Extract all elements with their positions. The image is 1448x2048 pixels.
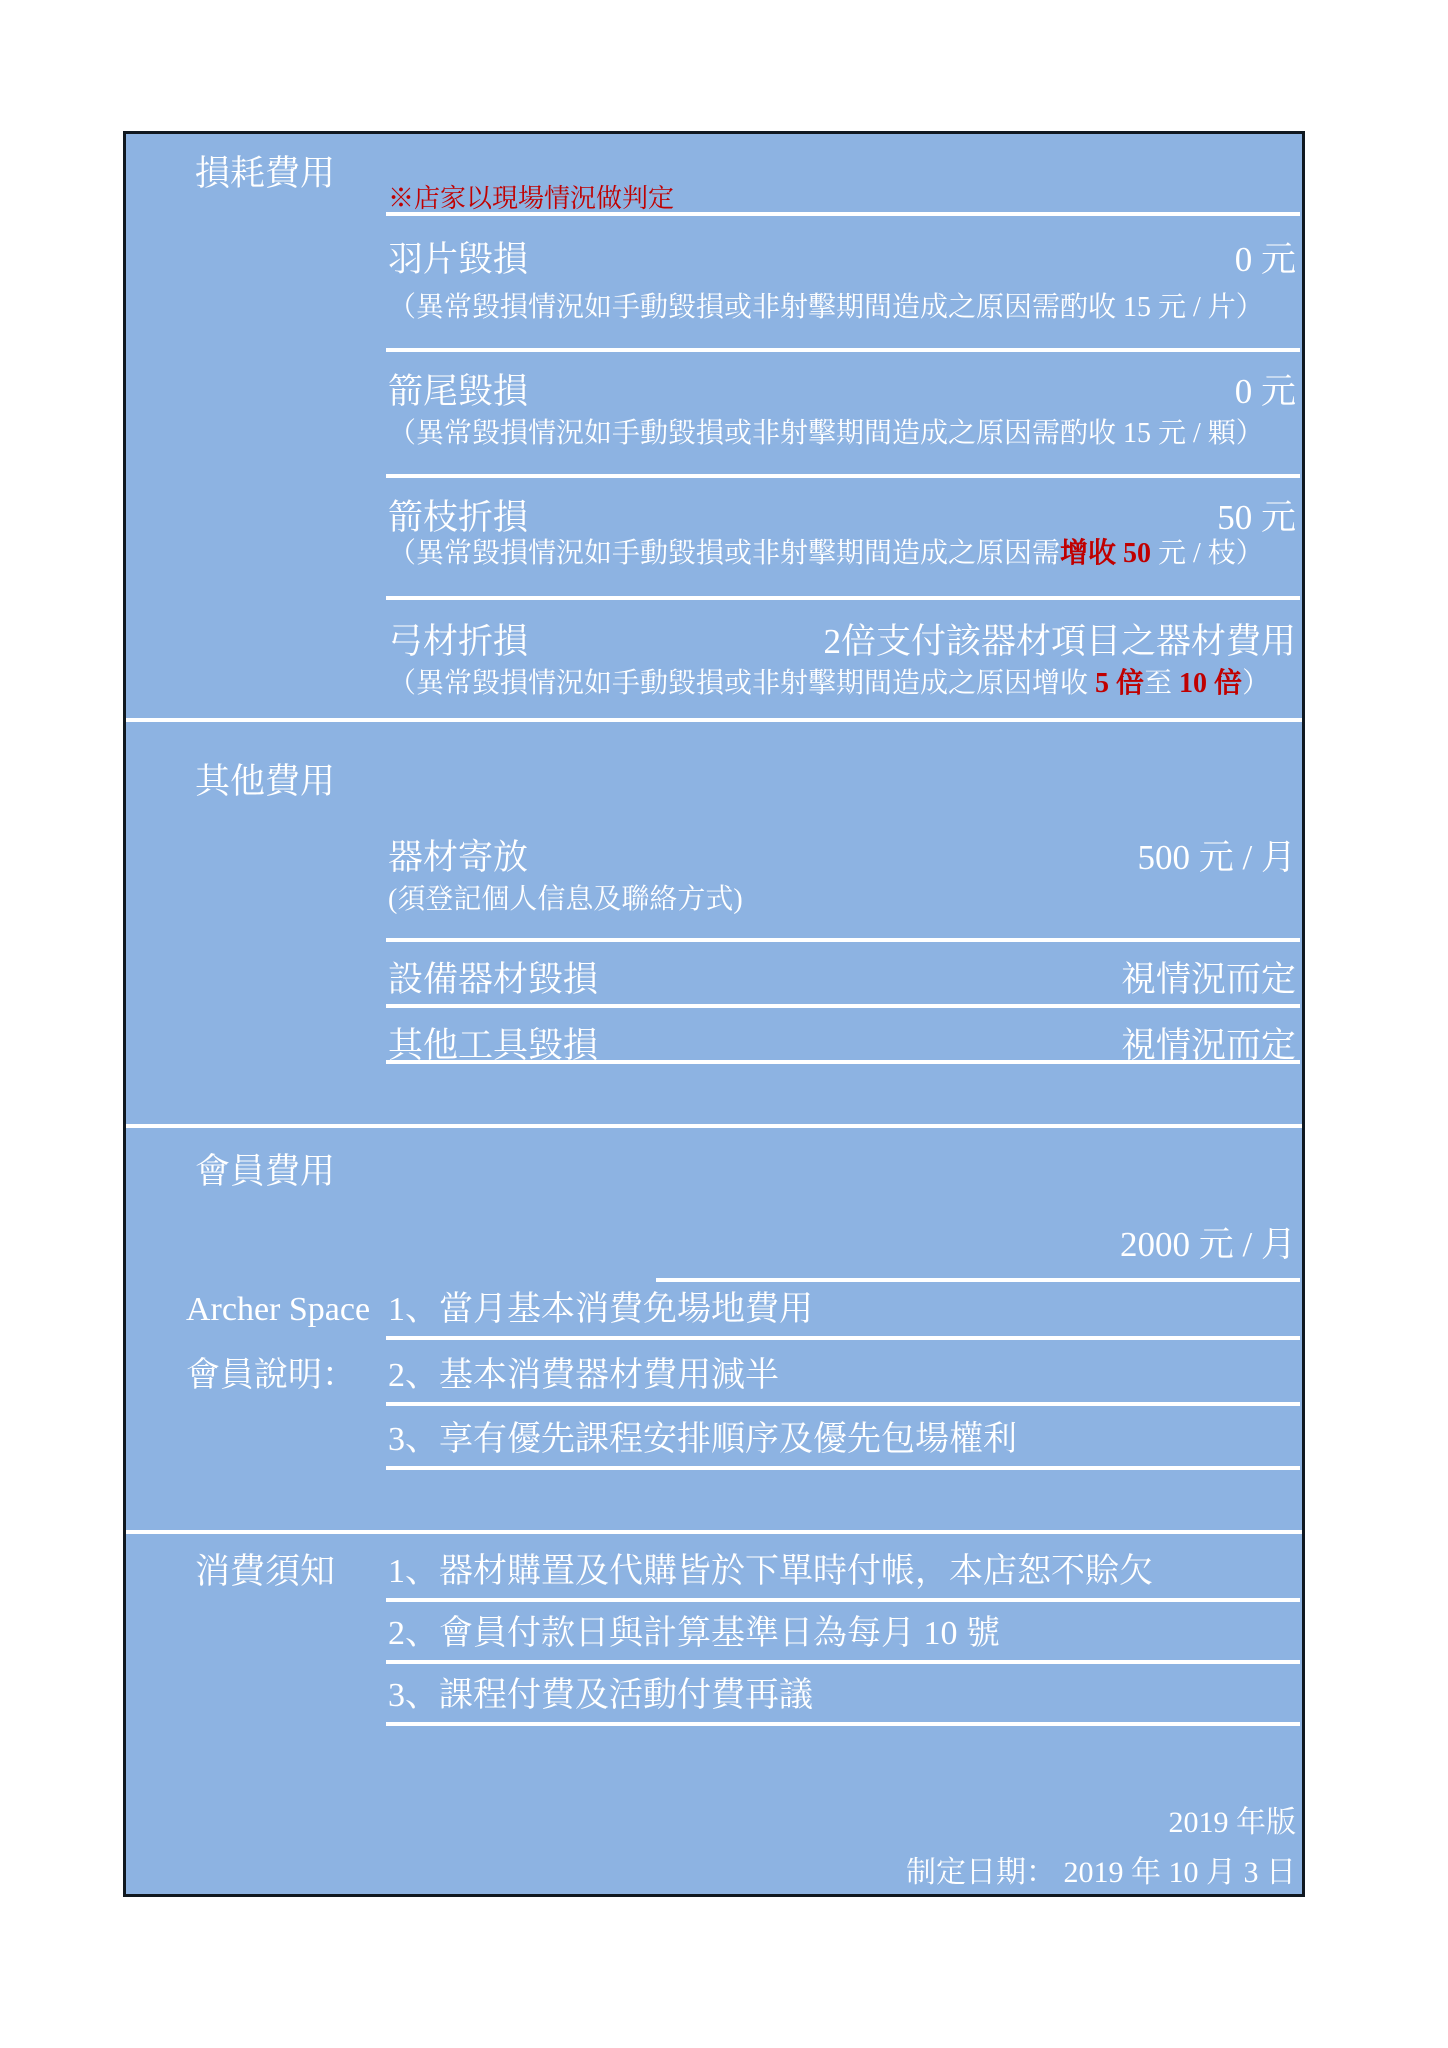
footer-version: 2019 年版 xyxy=(1169,1806,1297,1841)
fee-row-name: 箭尾毀損 xyxy=(388,372,528,412)
row-separator xyxy=(386,1336,1300,1340)
fee-row: 箭尾毀損 0 元 xyxy=(388,372,1296,412)
section-label-membership-fees: 會員費用 xyxy=(195,1152,335,1192)
row-separator xyxy=(386,1060,1300,1064)
row-separator xyxy=(386,938,1300,942)
row-separator xyxy=(386,1722,1300,1726)
row-separator xyxy=(386,1660,1300,1664)
note-underline xyxy=(386,212,1300,216)
row-separator xyxy=(386,474,1300,478)
notice-item: 3、課程付費及活動付費再議 xyxy=(388,1676,813,1715)
notice-item: 1、器材購置及代購皆於下單時付帳，本店恕不賒欠 xyxy=(388,1552,1153,1591)
footer-established-date: 制定日期： 2019 年 10 月 3 日 xyxy=(906,1856,1296,1891)
row-separator xyxy=(386,1466,1300,1470)
fee-row: 羽片毀損 0 元 xyxy=(388,240,1296,280)
fee-row: 箭枝折損 50 元 xyxy=(388,498,1296,538)
highlighted-multiplier: 5 倍 xyxy=(1095,668,1144,699)
membership-benefit: 3、享有優先課程安排順序及優先包場權利 xyxy=(388,1420,1017,1459)
section-divider xyxy=(126,1124,1302,1128)
document-page: 損耗費用 ※店家以現場情況做判定 羽片毀損 0 元 （異常毀損情況如手動毀損或非… xyxy=(0,0,1448,2048)
fee-row-name: 羽片毀損 xyxy=(388,240,528,280)
highlighted-surcharge: 增收 50 xyxy=(1060,538,1151,569)
row-separator xyxy=(386,1402,1300,1406)
section-label-purchase-notice: 消費須知 xyxy=(195,1552,335,1592)
fee-row: 弓材折損 2倍支付該器材項目之器材費用 xyxy=(388,622,1296,662)
fee-row-value: 0 元 xyxy=(1235,240,1296,280)
fee-row-name: 箭枝折損 xyxy=(388,498,528,538)
fee-row-value: 500 元 / 月 xyxy=(1138,838,1296,878)
membership-benefit: 2、基本消費器材費用減半 xyxy=(388,1356,779,1395)
row-separator xyxy=(386,348,1300,352)
membership-benefit: 1、當月基本消費免場地費用 xyxy=(388,1290,813,1329)
membership-price-underline xyxy=(656,1278,1300,1282)
membership-description-label: 會員說明： xyxy=(186,1356,356,1395)
highlighted-multiplier: 10 倍 xyxy=(1179,668,1242,699)
notice-item: 2、會員付款日與計算基準日為每月 10 號 xyxy=(388,1614,1000,1653)
fee-row-name: 弓材折損 xyxy=(388,622,528,662)
fee-row-name: 設備器材毀損 xyxy=(388,960,598,1000)
wear-judgement-note: ※店家以現場情況做判定 xyxy=(388,184,674,214)
fee-row-detail: （異常毀損情況如手動毀損或非射擊期間造成之原因增收 5 倍至 10 倍） xyxy=(388,668,1270,700)
fee-row: 器材寄放 500 元 / 月 xyxy=(388,838,1296,878)
fee-row-value: 視情況而定 xyxy=(1121,960,1296,1000)
section-label-wear-fees: 損耗費用 xyxy=(195,154,335,194)
fee-row: 設備器材毀損 視情況而定 xyxy=(388,960,1296,1000)
section-label-other-fees: 其他費用 xyxy=(195,762,335,802)
membership-brand-label: Archer Space xyxy=(186,1290,370,1329)
row-separator xyxy=(386,1598,1300,1602)
fee-row-value: 50 元 xyxy=(1217,498,1296,538)
section-divider xyxy=(126,718,1302,722)
fee-row-detail: （異常毀損情況如手動毀損或非射擊期間造成之原因需酌收 15 元 / 片） xyxy=(388,292,1264,324)
section-divider xyxy=(126,1530,1302,1534)
fee-row-detail: （異常毀損情況如手動毀損或非射擊期間造成之原因需增收 50 元 / 枝） xyxy=(388,538,1264,570)
membership-price: 2000 元 / 月 xyxy=(1120,1225,1296,1265)
fee-row-name: 器材寄放 xyxy=(388,838,528,878)
row-separator xyxy=(386,1004,1300,1008)
fee-row-detail: （異常毀損情況如手動毀損或非射擊期間造成之原因需酌收 15 元 / 顆） xyxy=(388,418,1264,450)
storage-registration-note: (須登記個人信息及聯絡方式) xyxy=(388,884,743,916)
row-separator xyxy=(386,596,1300,600)
price-sheet-panel: 損耗費用 ※店家以現場情況做判定 羽片毀損 0 元 （異常毀損情況如手動毀損或非… xyxy=(123,131,1305,1897)
fee-row-value: 2倍支付該器材項目之器材費用 xyxy=(823,622,1296,662)
fee-row-value: 0 元 xyxy=(1235,372,1296,412)
